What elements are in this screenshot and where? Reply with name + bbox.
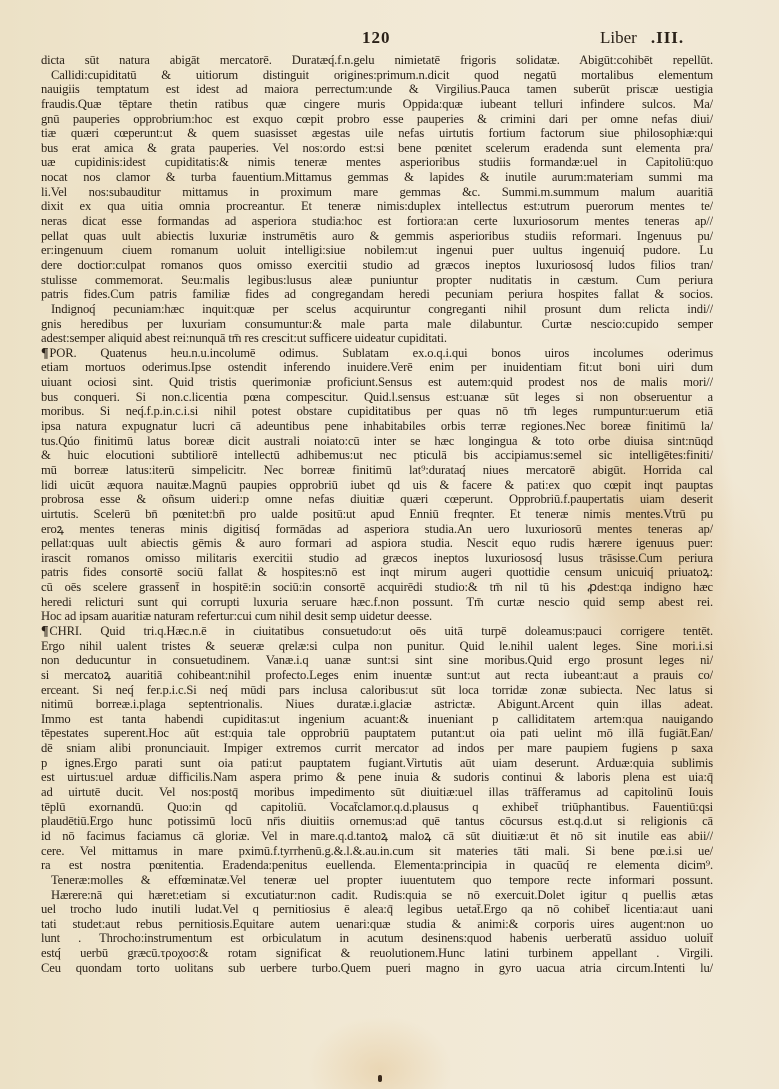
text-line-content: tēpestates superent.Hoc aūt est:quia tal…: [41, 726, 713, 740]
text-line-content: Ceu quondam torto uolitans sub uerbere t…: [41, 961, 713, 975]
text-line: tēplū exornandū. Quo:in qd capitoliū. Vo…: [41, 800, 713, 815]
text-line-content: nauigiis temptatum est idest ad maiora p…: [41, 82, 713, 96]
text-line: lunt . Throcho:instrumentum est orbicula…: [41, 931, 713, 946]
text-line: dē sniam alibi pronunciauit. Impiger ext…: [41, 741, 713, 756]
text-line-content: er:ingenuum ciuem romanum uoluit intelli…: [41, 243, 713, 257]
text-line: mū borreæ latus:iterū simpelicitr. Nec b…: [41, 463, 713, 478]
text-line: ¶CHRI. Quid tri.q.Hæc.n.ē in ciuitatibus…: [41, 624, 713, 639]
text-line: lidi uicūt æquora nauitæ.Magnū paupies o…: [41, 478, 713, 493]
text-line: ¶POR. Quatenus heu.n.u.incolumē odimus. …: [41, 346, 713, 361]
text-line-content: ad uirtutē ducit. Vel nos:postq̄ moribus…: [41, 785, 713, 799]
text-line: bus conqueri. Si non.c.licentia pœna com…: [41, 390, 713, 405]
text-line: eroꝝ mentes teneras minis digitisq́ form…: [41, 522, 713, 537]
text-line: erceant. Si neq́ fer.p.i.c.Si neq́ mūdi …: [41, 683, 713, 698]
text-line-content: heredi relicturi sunt qui corrupti luxur…: [41, 595, 713, 609]
text-line: nocat nos clamor & turba fauentium.Mitta…: [41, 170, 713, 185]
text-line-content: lunt . Throcho:instrumentum est orbicula…: [41, 931, 713, 945]
text-line-content: li.Vel nos:subauditur mittamus in proxim…: [41, 185, 713, 199]
text-line-content: fraudis.Quæ tēptare thetin ratibus quæ c…: [41, 97, 713, 111]
paragraph-mark-icon: ¶: [41, 346, 48, 361]
text-line-content: tati studet:aut rebus pernitiosis.Equita…: [41, 917, 713, 931]
text-line: est uirtus:uel arduæ difficilis.Nam aspe…: [41, 770, 713, 785]
text-line-content: irascit romanos omisso militaris exercit…: [41, 551, 713, 565]
text-line-content: erceant. Si neq́ fer.p.i.c.Si neq́ mūdi …: [41, 683, 713, 697]
text-line: stulisse commemorat. Seu:malis legibus:l…: [41, 273, 713, 288]
text-line: li.Vel nos:subauditur mittamus in proxim…: [41, 185, 713, 200]
text-line-content: non deducuntur in consuetudinem. Vanæ.i.…: [41, 653, 713, 667]
text-line: er:ingenuum ciuem romanum uoluit intelli…: [41, 243, 713, 258]
text-line: probrosa esse & oñsum uideri:p omne nefa…: [41, 492, 713, 507]
text-line-content: POR. Quatenus heu.n.u.incolumē odimus. S…: [49, 346, 713, 360]
text-line-content: uirtutis. Scelerū bn̄ pœnitet:bn̄ pro ua…: [41, 507, 713, 521]
text-line: dicta sūt natura abigāt mercatorē. Durat…: [41, 53, 713, 68]
text-line-content: tus.Qúo finitimū latus boreæ dicit austr…: [41, 434, 713, 448]
text-line: uel trocho ludo inutili ludat.Vel q pern…: [41, 902, 713, 917]
text-line: Ceu quondam torto uolitans sub uerbere t…: [41, 961, 713, 976]
text-line: uirtutis. Scelerū bn̄ pœnitet:bn̄ pro ua…: [41, 507, 713, 522]
text-line: tiæ quæri cœperunt:ut & quem suasisset æ…: [41, 126, 713, 141]
text-line-content: bus conqueri. Si non.c.licentia pœna com…: [41, 390, 713, 404]
text-line-content: nitimū borreæ.i.plaga septentrionalis. N…: [41, 697, 713, 711]
page-header: 120 Liber.III.: [0, 28, 779, 52]
text-line: Teneræ:molles & effœminatæ.Vel teneræ ue…: [41, 873, 713, 888]
text-line-content: patris fides consortē sociū fallat & hos…: [41, 565, 713, 579]
text-line-content: Teneræ:molles & effœminatæ.Vel teneræ ue…: [51, 873, 713, 887]
text-line: ipsa natura expugnatur lucri cā adeuntib…: [41, 419, 713, 434]
text-line-content: Hærere:nā qui hæret:etiam si excutiatur:…: [51, 888, 713, 902]
text-line-content: etiam mortuos oderimus.Ipse ostendit inf…: [41, 360, 713, 374]
text-line: etiam mortuos oderimus.Ipse ostendit inf…: [41, 360, 713, 375]
text-line: patris fides consortē sociū fallat & hos…: [41, 565, 713, 580]
text-line-content: Hoc ad ipsam auaritiæ naturam refertur:c…: [41, 609, 432, 623]
text-line-content: uiuant ociosi sint. Quid tristis querimo…: [41, 375, 713, 389]
text-line: non deducuntur in consuetudinem. Vanæ.i.…: [41, 653, 713, 668]
text-line-content: dicta sūt natura abigāt mercatorē. Durat…: [41, 53, 713, 67]
text-line-content: patris fides.Cum patris familiæ fides ad…: [41, 287, 713, 301]
text-line-content: Callidi:cupiditatū & uitiorum distinguit…: [51, 68, 713, 82]
text-line: uæ cupidinis:idest cupiditatis:& nimis t…: [41, 155, 713, 170]
text-line-content: plaudētiū.Ergo hunc potissimū locū nr̄is…: [41, 814, 713, 828]
text-line: moribus. Si neq́.f.p.in.c.i.si nihil pot…: [41, 404, 713, 419]
text-line: tus.Qúo finitimū latus boreæ dicit austr…: [41, 434, 713, 449]
text-line-content: cū oēs scelere grassent̄ in hospitē:in s…: [41, 580, 713, 594]
text-line-content: id nō facimus faciamus cā gloriæ. Vel in…: [41, 829, 713, 843]
text-line: tēpestates superent.Hoc aūt est:quia tal…: [41, 726, 713, 741]
text-line-content: pellat:quas uult abiectis gēmis & auro f…: [41, 536, 713, 550]
text-line-content: ra est nostra pœnitentia. Eradenda:penit…: [41, 858, 713, 872]
text-line: Indignoq́ pecuniam:hæc inquit:quæ per sc…: [41, 302, 713, 317]
text-line: si mercatoꝝ auaritiā cohibeant:nihil pro…: [41, 668, 713, 683]
text-line-content: lidi uicūt æquora nauitæ.Magnū paupies o…: [41, 478, 713, 492]
text-line: id nō facimus faciamus cā gloriæ. Vel in…: [41, 829, 713, 844]
text-line-content: eroꝝ mentes teneras minis digitisq́ form…: [41, 522, 713, 536]
text-line: Ergo nihil ualent tristes & seueræ qrelæ…: [41, 639, 713, 654]
text-line: ad uirtutē ducit. Vel nos:postq̄ moribus…: [41, 785, 713, 800]
text-line-content: nocat nos clamor & turba fauentium.Mitta…: [41, 170, 713, 184]
text-line: cū oēs scelere grassent̄ in hospitē:in s…: [41, 580, 713, 595]
text-line-content: ipsa natura expugnatur lucri cā adeuntib…: [41, 419, 713, 433]
text-line-content: tiæ quæri cœperunt:ut & quem suasisset æ…: [41, 126, 713, 140]
text-line: adest:semper aliquid abest rei:nunquā tm…: [41, 331, 713, 346]
text-line: dere doctior:culpat romanos quos omisso …: [41, 258, 713, 273]
text-line: neras dicat esse formandas ad asperiora …: [41, 214, 713, 229]
text-line-content: tēplū exornandū. Quo:in qd capitoliū. Vo…: [41, 800, 713, 814]
text-line-content: stulisse commemorat. Seu:malis legibus:l…: [41, 273, 713, 287]
text-line: Hoc ad ipsam auaritiæ naturam refertur:c…: [41, 609, 713, 624]
text-line: uiuant ociosi sint. Quid tristis querimo…: [41, 375, 713, 390]
book-number: .III.: [651, 28, 684, 47]
text-line-content: bus erat amica & grata pauperies. Vel no…: [41, 141, 713, 155]
commentary-text-block: dicta sūt natura abigāt mercatorē. Durat…: [41, 53, 713, 975]
text-line-content: mū borreæ latus:iterū simpelicitr. Nec b…: [41, 463, 713, 477]
text-line-content: moribus. Si neq́.f.p.in.c.i.si nihil pot…: [41, 404, 713, 418]
text-line: Immo est tanta habendi cupiditas:ut inge…: [41, 712, 713, 727]
text-line: dixit ex qua uitia omnia procreantur. Et…: [41, 199, 713, 214]
text-line: nitimū borreæ.i.plaga septentrionalis. N…: [41, 697, 713, 712]
text-line-content: pellat quas uult abiectis luxuriæ instru…: [41, 229, 713, 243]
text-line-content: p ignes.Ergo parati sunt oia pati:ut pau…: [41, 756, 713, 770]
text-line: bus erat amica & grata pauperies. Vel no…: [41, 141, 713, 156]
text-line-content: probrosa esse & oñsum uideri:p omne nefa…: [41, 492, 713, 506]
text-line: gnū pauperies opprobrium:hoc est exquo c…: [41, 112, 713, 127]
text-line-content: adest:semper aliquid abest rei:nunquā tm…: [41, 331, 447, 345]
text-line-content: Ergo nihil ualent tristes & seueræ qrelæ…: [41, 639, 713, 653]
text-line: pellat:quas uult abiectis gēmis & auro f…: [41, 536, 713, 551]
text-line: cere. Vel mittamus in mare pximū.f.tyrrh…: [41, 844, 713, 859]
text-line-content: gnis heredibus per luxuriam consumuntur:…: [41, 317, 713, 331]
text-line: fraudis.Quæ tēptare thetin ratibus quæ c…: [41, 97, 713, 112]
text-line-content: uæ cupidinis:idest cupiditatis:& nimis t…: [41, 155, 713, 169]
text-line-content: dē sniam alibi pronunciauit. Impiger ext…: [41, 741, 713, 755]
text-line: estq́ uerbū græcū.τροχοσ:& rotam signifi…: [41, 946, 713, 961]
text-line-content: dixit ex qua uitia omnia procreantur. Et…: [41, 199, 713, 213]
text-line-content: si mercatoꝝ auaritiā cohibeant:nihil pro…: [41, 668, 713, 682]
scanned-page: 120 Liber.III. dicta sūt natura abigāt m…: [0, 0, 779, 1089]
text-line: ra est nostra pœnitentia. Eradenda:penit…: [41, 858, 713, 873]
text-line-content: CHRI. Quid tri.q.Hæc.n.ē in ciuitatibus …: [49, 624, 713, 638]
text-line: nauigiis temptatum est idest ad maiora p…: [41, 82, 713, 97]
text-line-content: Indignoq́ pecuniam:hæc inquit:quæ per sc…: [51, 302, 713, 316]
text-line: Callidi:cupiditatū & uitiorum distinguit…: [41, 68, 713, 83]
ink-spot: [378, 1075, 382, 1082]
text-line-content: uel trocho ludo inutili ludat.Vel q pern…: [41, 902, 713, 916]
text-line: pellat quas uult abiectis luxuriæ instru…: [41, 229, 713, 244]
running-head: Liber.III.: [600, 28, 684, 48]
text-line: tati studet:aut rebus pernitiosis.Equita…: [41, 917, 713, 932]
text-line-content: & huic elocutioni subtiliorē intellectū …: [41, 448, 713, 462]
text-line-content: est uirtus:uel arduæ difficilis.Nam aspe…: [41, 770, 713, 784]
text-line: & huic elocutioni subtiliorē intellectū …: [41, 448, 713, 463]
folio-number: 120: [362, 28, 391, 48]
text-line: plaudētiū.Ergo hunc potissimū locū nr̄is…: [41, 814, 713, 829]
text-line: Hærere:nā qui hæret:etiam si excutiatur:…: [41, 888, 713, 903]
text-line-content: Immo est tanta habendi cupiditas:ut inge…: [41, 712, 713, 726]
text-line-content: cere. Vel mittamus in mare pximū.f.tyrrh…: [41, 844, 713, 858]
running-head-label: Liber: [600, 28, 637, 47]
text-line-content: estq́ uerbū græcū.τροχοσ:& rotam signifi…: [41, 946, 713, 960]
paragraph-mark-icon: ¶: [41, 624, 48, 639]
text-line: irascit romanos omisso militaris exercit…: [41, 551, 713, 566]
text-line: patris fides.Cum patris familiæ fides ad…: [41, 287, 713, 302]
text-line: gnis heredibus per luxuriam consumuntur:…: [41, 317, 713, 332]
text-line-content: gnū pauperies opprobrium:hoc est exquo c…: [41, 112, 713, 126]
text-line: heredi relicturi sunt qui corrupti luxur…: [41, 595, 713, 610]
text-line-content: dere doctior:culpat romanos quos omisso …: [41, 258, 713, 272]
text-line-content: neras dicat esse formandas ad asperiora …: [41, 214, 713, 228]
text-line: p ignes.Ergo parati sunt oia pati:ut pau…: [41, 756, 713, 771]
